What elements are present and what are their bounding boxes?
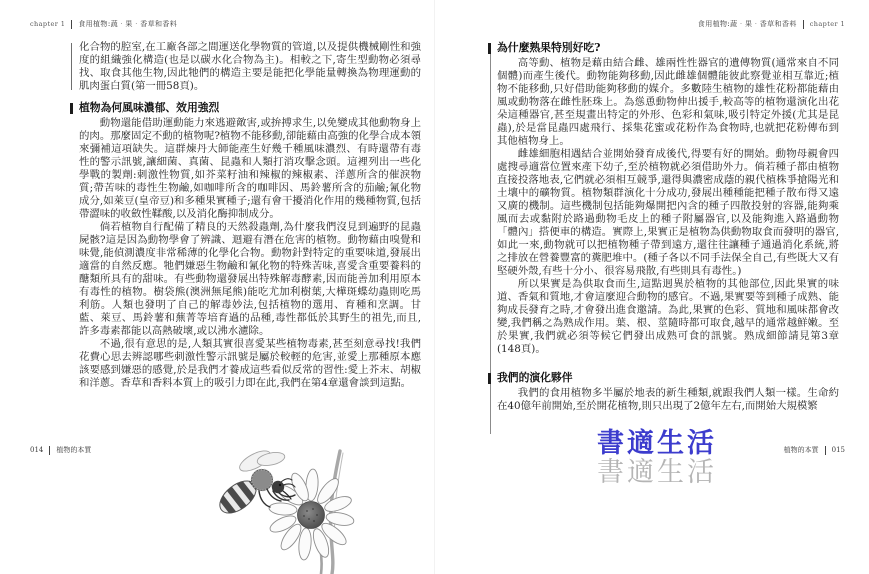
right-page-text-column: 為什麼熟果特別好吃? 高等動、植物是藉由結合雌、雄兩性性器官的遺傳物質(通常來自…	[497, 41, 839, 413]
footer-title: 植物的本質	[784, 445, 819, 455]
flower-disc	[298, 502, 325, 529]
paragraph: 所以果實是為供取食而生,這點迥異於植物的其他部位,因此果實的味道、香氣和質地,才…	[497, 278, 839, 356]
book-spread: chapter 1 食用植物:蔬‧果‧香草和香料 食用植物:蔬‧果‧香草和香料 …	[0, 0, 869, 574]
paragraph: 雌雄細胞相遇結合並開始發育成後代,得要有好的開始。動物母親會四處搜尋適當位置來產…	[497, 148, 839, 278]
section-evolution-partner: 我們的演化夥伴 我們的食用植物多半屬於地表的新生種類,就跟我們人類一樣。生命約在…	[497, 371, 839, 413]
watermark-primary: 書適生活	[597, 430, 717, 458]
running-footer-right: 植物的本質 015	[784, 445, 845, 455]
paragraph: 不過,很有意思的是,人類其實很喜愛某些植物毒素,甚至刻意尋找!我們花費心思去辨認…	[79, 338, 421, 390]
section-heading: 我們的演化夥伴	[497, 371, 839, 385]
section-heading: 植物為何風味濃郁、效用強烈	[79, 101, 421, 115]
chapter-label: chapter 1	[810, 19, 845, 29]
section-heading: 為什麼熟果特別好吃?	[497, 41, 839, 55]
chapter-label: chapter 1	[30, 19, 65, 29]
header-title: 食用植物:蔬‧果‧香草和香料	[698, 19, 797, 29]
running-header-right: 食用植物:蔬‧果‧香草和香料 chapter 1	[698, 19, 845, 29]
header-divider	[71, 20, 72, 29]
header-divider	[803, 20, 804, 29]
watermark-secondary: 書適生活	[597, 459, 717, 487]
running-footer-left: 014 植物的本質	[30, 445, 91, 455]
section-flavor-strength: 植物為何風味濃郁、效用強烈 動物還能借助運動能力來逃避敵害,或拚搏求生,以免變成…	[79, 101, 421, 390]
section-ripe-fruit: 為什麼熟果特別好吃? 高等動、植物是藉由結合雌、雄兩性性器官的遺傳物質(通常來自…	[497, 41, 839, 356]
footer-divider	[825, 446, 826, 455]
paragraph: 動物還能借助運動能力來逃避敵害,或拚搏求生,以免變成其他動物身上的肉。那麼固定不…	[79, 117, 421, 221]
footer-title: 植物的本質	[56, 445, 91, 455]
paragraph: 化合物的腔室,在工廠各部之間運送化學物質的管道,以及提供機械剛性和強度的組織強化…	[79, 41, 421, 93]
header-title: 食用植物:蔬‧果‧香草和香料	[78, 19, 177, 29]
page-number: 015	[832, 445, 845, 455]
paragraph: 我們的食用植物多半屬於地表的新生種類,就跟我們人類一樣。生命約在40億年前開始,…	[497, 387, 839, 413]
paragraph: 倘若植物自行配備了精良的天然殺蟲劑,為什麼我們沒見到遍野的昆蟲屍骸?這是因為動物…	[79, 221, 421, 338]
page-gutter	[434, 0, 435, 574]
footer-divider	[49, 446, 50, 455]
paragraph: 高等動、植物是藉由結合雌、雄兩性性器官的遺傳物質(通常來自不同個體)而產生後代。…	[497, 57, 839, 148]
left-page-text-column: 化合物的腔室,在工廠各部之間運送化學物質的管道,以及提供機械剛性和強度的組織強化…	[79, 41, 421, 390]
running-header-left: chapter 1 食用植物:蔬‧果‧香草和香料	[30, 19, 177, 29]
bee-flower-illustration	[183, 449, 363, 574]
continuation-paragraph-block: 化合物的腔室,在工廠各部之間運送化學物質的管道,以及提供機械剛性和強度的組織強化…	[79, 41, 421, 93]
page-number: 014	[30, 445, 43, 455]
